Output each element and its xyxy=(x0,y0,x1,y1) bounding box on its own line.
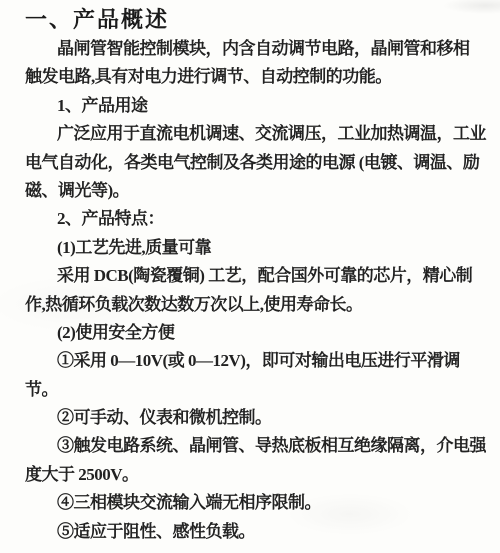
subheading-product-features: 2、产品特点： xyxy=(25,205,482,233)
text-line: 作,热循环负载次数达数万次以上,使用寿命长。 xyxy=(25,291,482,319)
text-line: 采用 DCB(陶瓷覆铜) 工艺，配合国外可靠的芯片，精心制 xyxy=(25,262,482,290)
list-item-1: ①采用 0—10V(或 0—12V)，即可对输出电压进行平滑调 xyxy=(25,347,482,375)
text-line: 触发电路,具有对电力进行调节、自动控制的功能。 xyxy=(25,63,482,91)
list-item-2: ②可手动、仪表和微机控制。 xyxy=(25,404,482,432)
section-heading: 一、产品概述 xyxy=(25,5,482,35)
text-line: 电气自动化，各类电气控制及各类用途的电源 (电镀、调温、励 xyxy=(25,149,482,177)
subheading-safety: (2)使用安全方便 xyxy=(25,319,482,347)
text-line: (1)工艺先进,质量可靠 xyxy=(25,234,482,262)
text-line: 磁、调光等)。 xyxy=(25,177,482,205)
text-line: 晶闸管智能控制模块，内含自动调节电路，晶闸管和移相 xyxy=(25,35,482,63)
text-line: 节。 xyxy=(25,376,482,404)
list-item-5: ⑤适应于阻性、感性负载。 xyxy=(25,518,482,546)
list-item-4: ④三相模块交流输入端无相序限制。 xyxy=(25,489,482,517)
text-line: 度大于 2500V。 xyxy=(25,461,482,489)
subheading-product-use: 1、产品用途 xyxy=(25,92,482,120)
list-item-3: ③触发电路系统、晶闸管、导热底板相互绝缘隔离，介电强 xyxy=(25,432,482,460)
text-line: 广泛应用于直流电机调速、交流调压，工业加热调温，工业 xyxy=(25,120,482,148)
document-page: 一、产品概述 晶闸管智能控制模块，内含自动调节电路，晶闸管和移相 触发电路,具有… xyxy=(0,0,500,553)
